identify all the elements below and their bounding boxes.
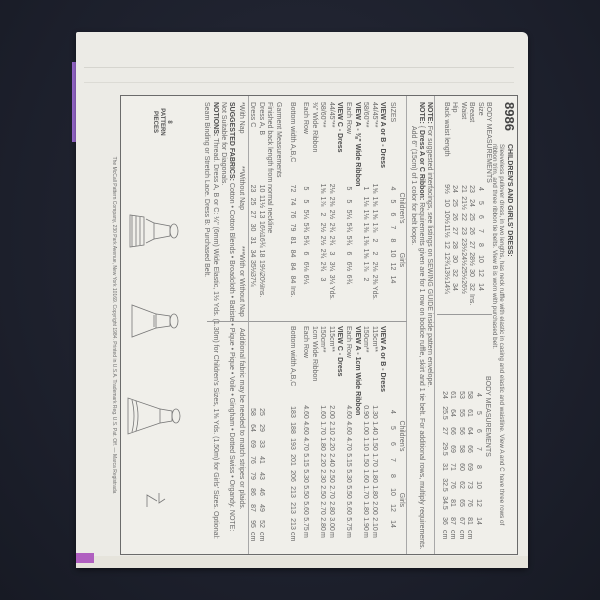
- cell: 11½: [256, 195, 265, 208]
- unit: Ins.: [256, 286, 265, 297]
- row-label: Back waist length: [441, 102, 450, 182]
- row-label: 115cm**: [369, 326, 378, 404]
- size-row: 45678101214: [473, 386, 482, 530]
- cell: 4.70: [343, 436, 352, 452]
- size-cell: 7: [388, 221, 397, 234]
- cell: 2½: [318, 234, 327, 247]
- cell: 206: [288, 468, 297, 484]
- cell: 6: [343, 247, 352, 260]
- body-measurements-heading: BODY MEASUREMENTS: [483, 102, 492, 183]
- cell: 9½: [441, 182, 450, 196]
- cell: 28½: [467, 252, 476, 266]
- measurement-row: Size45678101214: [475, 102, 484, 308]
- size-cell: 6: [473, 422, 482, 440]
- cell: 2: [361, 273, 370, 286]
- cell: 1.50: [369, 436, 378, 452]
- cell: 2.80: [318, 516, 327, 532]
- cell: 1⅝: [361, 247, 370, 260]
- yardage-row: Each Row4.604.604.705.155.305.505.605.75…: [343, 326, 352, 538]
- cell: 2⅛: [369, 260, 378, 273]
- cell: 30: [467, 266, 476, 280]
- size-cell: 8: [388, 234, 397, 247]
- size-cell: 10: [473, 476, 482, 494]
- cell: 84: [288, 260, 297, 273]
- cell: 2.10: [369, 516, 378, 532]
- cell: 5.15: [300, 452, 309, 468]
- measurement-row: 2425.52729.53132.534.536cm: [439, 386, 448, 539]
- cell: 5.15: [343, 452, 352, 468]
- row-label: Size: [475, 102, 484, 182]
- cell: 27: [467, 238, 476, 252]
- size-cell: 14: [473, 512, 482, 530]
- cell: 1⅛: [361, 208, 370, 221]
- cell: 24: [467, 196, 476, 210]
- cell: 1⅜: [361, 221, 370, 234]
- cell: 6⅛: [300, 260, 309, 273]
- size-cell: 14: [388, 273, 397, 286]
- cell: 81: [465, 512, 474, 530]
- measurement-row: 6164666971768187cm: [448, 386, 457, 539]
- yardage-row: 150cm**1.601.701.802.202.302.502.702.80m: [318, 326, 327, 538]
- sizes-label: SIZES: [388, 102, 397, 182]
- cell: 29.5: [439, 440, 448, 458]
- cell: 1.70: [318, 420, 327, 436]
- group-girls: Girls: [396, 468, 405, 532]
- cell: 4.70: [300, 436, 309, 452]
- cell: 3¼: [326, 260, 335, 273]
- cell: 58: [465, 386, 474, 404]
- unit: m: [343, 532, 352, 538]
- cell: 81: [448, 494, 457, 512]
- cell: 16¾: [256, 234, 265, 247]
- cell: 19¼: [256, 260, 265, 273]
- cell: 1⅞: [318, 195, 327, 208]
- yardage-row: 1cm Wide Ribbon: [309, 326, 318, 404]
- cell: 21½: [458, 196, 467, 210]
- section-heading: VIEW A - 1cm Wide Ribbon: [352, 326, 361, 415]
- cell: 2.70: [318, 500, 327, 516]
- cell: 3.00: [326, 516, 335, 532]
- cell: 11½: [441, 224, 450, 238]
- cell: 2.70: [326, 484, 335, 500]
- garment-sub: Finished back length from normal necklin…: [265, 102, 274, 233]
- yardage-row: Bottom width A,B,C7274767981848484Ins.: [288, 102, 297, 297]
- size-cell: 12: [388, 260, 397, 273]
- cell: 61: [465, 404, 474, 422]
- cell: 53: [456, 386, 465, 404]
- cell: 58: [456, 440, 465, 458]
- group-girls: Girls: [396, 234, 405, 286]
- group-children: Children's: [396, 404, 405, 468]
- cell: 183: [288, 404, 297, 420]
- cell: 12: [475, 266, 484, 280]
- cell: 25.5: [439, 404, 448, 422]
- cell: 2.50: [318, 484, 327, 500]
- cell: 84: [288, 247, 297, 260]
- cell: 31: [439, 458, 448, 476]
- yardage-row: ⅜" Wide Ribbon: [309, 102, 318, 182]
- cell: 2½: [326, 208, 335, 221]
- unit: Ins.: [467, 294, 476, 308]
- section-heading: VIEW C - Dress: [335, 326, 344, 377]
- cell: 60: [456, 458, 465, 476]
- cell: 32: [450, 266, 459, 280]
- cell: 1⅛: [361, 195, 370, 208]
- cell: 2¾: [326, 234, 335, 247]
- cell: 2.20: [326, 436, 335, 452]
- cell: 14: [475, 280, 484, 294]
- pattern-description: Sleeveless pullover dress, in two length…: [491, 144, 505, 544]
- size-cell: 4: [388, 404, 397, 420]
- divider: [406, 96, 407, 554]
- cell: 6¼: [300, 273, 309, 286]
- divider: [248, 96, 249, 554]
- unit: cm: [465, 530, 474, 539]
- info-box: 8986 CHILDREN'S AND GIRLS' DRESS: Sleeve…: [120, 95, 518, 555]
- cell: 2.80: [326, 500, 335, 516]
- dress-view-c-icon: [128, 398, 180, 434]
- yardage-row: 115cm**2.002.102.202.402.502.702.803.00m: [326, 326, 335, 538]
- group-children: Children's: [396, 182, 405, 234]
- cell: 13: [256, 208, 265, 221]
- cell: 1⅝: [369, 195, 378, 208]
- unit: m: [300, 532, 309, 538]
- row-label: 44/45"**: [369, 102, 378, 182]
- cell: 2⅛: [326, 182, 335, 195]
- cell: 3¼: [326, 273, 335, 286]
- section-heading: VIEW A - ⅜" Wide Ribbon: [352, 102, 361, 186]
- cell: 12¾: [441, 252, 450, 266]
- cell: 2.10: [326, 420, 335, 436]
- cell: 5.50: [300, 484, 309, 500]
- cell: 43: [256, 468, 265, 484]
- size-cell: 6: [388, 208, 397, 221]
- cell: 84: [288, 273, 297, 286]
- row-label: 150cm**: [318, 326, 327, 404]
- cell: 24½: [458, 252, 467, 266]
- cell: 76: [448, 476, 457, 494]
- cell: 1.80: [318, 436, 327, 452]
- cell: 5¾: [343, 221, 352, 234]
- row-label: Each Row: [300, 102, 309, 182]
- row-label: Breast: [467, 102, 476, 182]
- envelope-bottom-edge: [76, 556, 528, 568]
- row-label: 150cm**: [361, 326, 370, 404]
- nap-with: *With Nap: [236, 102, 245, 134]
- cell: 49: [256, 500, 265, 516]
- cell: 13½: [441, 266, 450, 280]
- size-cell: 14: [388, 516, 397, 532]
- cell: 79: [288, 221, 297, 234]
- garment-heading: Garment Measurements: [273, 102, 282, 177]
- row-label: 115cm**: [326, 326, 335, 404]
- cell: 1⅜: [361, 234, 370, 247]
- cell: 26½: [458, 280, 467, 294]
- cell: 76: [465, 494, 474, 512]
- cell: 1.70: [361, 484, 370, 500]
- cell: 64: [448, 404, 457, 422]
- size-cell: 8: [388, 468, 397, 484]
- cell: 32: [467, 280, 476, 294]
- cell: 34.5: [439, 494, 448, 512]
- cell: 62: [456, 476, 465, 494]
- row-label: Each Row: [343, 326, 352, 404]
- cell: 2½: [318, 221, 327, 234]
- cell: 41: [256, 452, 265, 468]
- measurement-row: Back waist length9½1010½11½1212¾13½14¼: [441, 102, 450, 308]
- cell: 25: [467, 210, 476, 224]
- notions-label: NOTIONS:: [212, 102, 219, 136]
- cell: 21: [458, 182, 467, 196]
- fabrics-text: Cotton • Cotton Blends • Broadcloth • Ba…: [228, 183, 235, 531]
- cell: 76: [288, 208, 297, 221]
- unit: m: [318, 532, 327, 538]
- size-cell: 12: [473, 494, 482, 512]
- cell: 5.75: [343, 516, 352, 532]
- note-bold: Dress A or C Ribbon:: [418, 130, 425, 200]
- cell: 5.30: [343, 468, 352, 484]
- flap-fold-line: [84, 82, 514, 83]
- note-label: NOTE:: [418, 102, 425, 124]
- section-heading: VIEW C - Dress: [335, 102, 344, 153]
- note-text: Requirements given are for 1 row on bodi…: [418, 202, 425, 549]
- cell: 2: [369, 234, 378, 247]
- row-label: Waist: [458, 102, 467, 182]
- divider: [437, 314, 492, 315]
- copyright-footer: The McCall Pattern Company, 230 Park Ave…: [109, 95, 118, 555]
- cell: 5¾: [300, 221, 309, 234]
- cell: 30: [450, 252, 459, 266]
- garment-row: Dress A, B1011½1316½16¾1819¼20½Ins.: [256, 102, 265, 297]
- cell: 213: [288, 484, 297, 500]
- dress-view-b-icon: [132, 305, 178, 337]
- size-cell: 10: [388, 484, 397, 500]
- cell: 65: [456, 494, 465, 512]
- cell: 1⅞: [369, 221, 378, 234]
- cell: 5: [475, 196, 484, 210]
- cell: 213: [288, 500, 297, 516]
- cell: 81: [288, 234, 297, 247]
- cell: 1.30: [369, 404, 378, 420]
- measurement-row: Hip2425262728303234: [450, 102, 459, 308]
- cell: 5¼: [343, 208, 352, 221]
- cell: 201: [288, 452, 297, 468]
- yardage-row: 58/60"**11⅛1⅛1⅜1⅜1⅝1⅞2: [361, 102, 370, 286]
- row-label: 58/60"**: [361, 102, 370, 182]
- cell: 1.90: [361, 516, 370, 532]
- yardage-row: Bottom width A,B,C1831881932012062132132…: [288, 326, 297, 541]
- cell: 4.60: [300, 404, 309, 420]
- cell: 55: [456, 404, 465, 422]
- cell: 5: [343, 182, 352, 195]
- cell: 32.5: [439, 476, 448, 494]
- cell: 18: [256, 247, 265, 260]
- yardage-row: Each Row555¼5¾5¾66½6¾: [343, 102, 352, 286]
- cell: 56: [456, 422, 465, 440]
- size-row: SIZES45678101214: [388, 102, 397, 286]
- cell: 5.50: [343, 484, 352, 500]
- cell: 188: [288, 420, 297, 436]
- cell: 10: [441, 196, 450, 210]
- cell: 26: [467, 224, 476, 238]
- yardage-row: 44/45"**1⅝1⅝1⅝1⅞222⅛2⅜Yds.: [369, 102, 378, 300]
- size-cell: 7: [388, 452, 397, 468]
- unit: cm: [456, 530, 465, 539]
- cell: 5¼: [300, 208, 309, 221]
- cell: 27: [450, 224, 459, 238]
- cell: 1⅝: [318, 182, 327, 195]
- cell: 26: [450, 210, 459, 224]
- pattern-number: 8986: [504, 102, 513, 131]
- cell: 1.60: [318, 404, 327, 420]
- cell: 10½: [441, 210, 450, 224]
- cell: 5: [343, 195, 352, 208]
- cell: 4.60: [343, 404, 352, 420]
- notions-text: Thread. Dress A, B or C: ¼" (6mm) Wide E…: [203, 102, 219, 539]
- cell: 87: [448, 512, 457, 530]
- cell: 69: [448, 440, 457, 458]
- cell: 3: [326, 247, 335, 260]
- cell: 1.70: [369, 452, 378, 468]
- size-cell: 8: [473, 458, 482, 476]
- size-row: 45678101214: [388, 326, 397, 532]
- cell: 0.90: [361, 404, 370, 420]
- cell: 29: [256, 420, 265, 436]
- size-cell: 5: [473, 404, 482, 422]
- cell: 52: [256, 516, 265, 532]
- nap-extra: Additional fabric may be needed to match…: [236, 328, 245, 510]
- cell: 6: [300, 247, 309, 260]
- cell: 1.80: [369, 468, 378, 484]
- row-label: 1cm Wide Ribbon: [309, 326, 318, 404]
- cell: 46: [256, 484, 265, 500]
- cell: 66: [448, 422, 457, 440]
- pattern-back-text: 8986 CHILDREN'S AND GIRLS' DRESS: Sleeve…: [110, 95, 518, 555]
- cell: 61: [448, 386, 457, 404]
- cell: 25: [256, 404, 265, 420]
- size-group-row: Children'sGirls: [396, 404, 405, 532]
- row-label: Each Row: [343, 102, 352, 182]
- cell: 27: [439, 422, 448, 440]
- section-heading: VIEW A or B - Dress: [378, 102, 387, 168]
- row-label: 58/60"**: [318, 102, 327, 182]
- cell: 1.50: [361, 452, 370, 468]
- cell: 2.00: [369, 500, 378, 516]
- size-cell: 12: [388, 500, 397, 516]
- note-text: Add 6" (15cm) of 1 color for belt loops.: [408, 126, 417, 245]
- cell: 1.80: [369, 484, 378, 500]
- cell: 4.60: [300, 420, 309, 436]
- measurement-row: Breast232425262728½3032Ins.: [467, 102, 476, 308]
- cell: 2.00: [326, 404, 335, 420]
- note-label: NOTE:: [426, 102, 433, 124]
- cell: 23½: [458, 238, 467, 252]
- cell: 193: [288, 436, 297, 452]
- cell: 28: [450, 238, 459, 252]
- cell: 4: [475, 182, 484, 196]
- cell: 5.75: [300, 516, 309, 532]
- cell: 2: [369, 247, 378, 260]
- row-label: Bottom width A,B,C: [288, 102, 297, 182]
- metric-body-measurements-heading: BODY MEASUREMENTS: [482, 376, 491, 457]
- size-cell: 7: [473, 440, 482, 458]
- size-group-row: Children'sGirls: [396, 182, 405, 286]
- pattern-title: CHILDREN'S AND GIRLS' DRESS:: [504, 144, 513, 257]
- unit: m: [369, 532, 378, 538]
- unit: Ins.: [288, 286, 297, 297]
- cell: 69: [465, 458, 474, 476]
- unit: m: [361, 532, 370, 538]
- cell: 16½: [256, 221, 265, 234]
- unit: Yds.: [326, 286, 335, 300]
- cell: 8: [475, 238, 484, 252]
- cell: 2.30: [318, 468, 327, 484]
- yardage-row: 44/45"**2⅛2⅜2½2¾2¾33¼3¼Yds.: [326, 102, 335, 300]
- cell: 2¾: [326, 221, 335, 234]
- cell: 67: [456, 512, 465, 530]
- cell: 1⅝: [369, 182, 378, 195]
- cell: 1⅞: [361, 260, 370, 273]
- nap-without: **Without Nap: [236, 166, 245, 210]
- accent-strip: [76, 553, 94, 563]
- cell: 5.60: [300, 500, 309, 516]
- cell: 23: [467, 182, 476, 196]
- cell: 66: [465, 440, 474, 458]
- cell: 10: [475, 252, 484, 266]
- divider: [207, 321, 407, 322]
- cell: 2.40: [326, 452, 335, 468]
- cell: 74: [288, 195, 297, 208]
- cell: 6½: [343, 260, 352, 273]
- cell: 3: [318, 273, 327, 286]
- size-cell: 5: [388, 420, 397, 436]
- row-label: Dress A, B: [256, 102, 265, 182]
- dress-view-a-icon: [130, 215, 178, 247]
- cell: 1.40: [369, 420, 378, 436]
- yardage-row: 150cm**0.901.001.101.501.601.701.801.90m: [361, 326, 370, 538]
- cell: 24: [450, 182, 459, 196]
- cell: 2.50: [326, 468, 335, 484]
- dress-illustrations: [122, 96, 182, 554]
- cell: 1.10: [361, 436, 370, 452]
- cell: 5: [300, 195, 309, 208]
- row-label: ⅜" Wide Ribbon: [309, 102, 318, 182]
- cell: 71: [448, 458, 457, 476]
- yardage-row: Each Row555¼5¾5¾66⅛6¼: [300, 102, 309, 286]
- cell: 2⅜: [326, 195, 335, 208]
- row-label: Hip: [450, 102, 459, 182]
- cell: 213: [288, 516, 297, 532]
- cell: 5¾: [343, 234, 352, 247]
- cell: 33: [256, 436, 265, 452]
- cell: 2¾: [318, 260, 327, 273]
- cell: 25½: [458, 266, 467, 280]
- cell: 5¾: [300, 234, 309, 247]
- back-view-sketch-icon: [147, 493, 165, 507]
- cell: 34: [450, 280, 459, 294]
- unit: cm: [256, 532, 265, 541]
- unit: m: [326, 532, 335, 538]
- cell: 2: [318, 208, 327, 221]
- fabrics-note: Not Suitable for Diagonals.: [218, 102, 227, 185]
- cell: 2.20: [318, 452, 327, 468]
- cell: 20½: [256, 273, 265, 286]
- yardage-row: 58/60"**1⅝1⅞22½2½2¾2¾3: [318, 102, 327, 286]
- row-label: Each Row: [300, 326, 309, 404]
- row-label: 44/45"**: [326, 102, 335, 182]
- size-cell: 6: [388, 436, 397, 452]
- yardage-row: 115cm**1.301.401.501.701.801.802.002.10m: [369, 326, 378, 538]
